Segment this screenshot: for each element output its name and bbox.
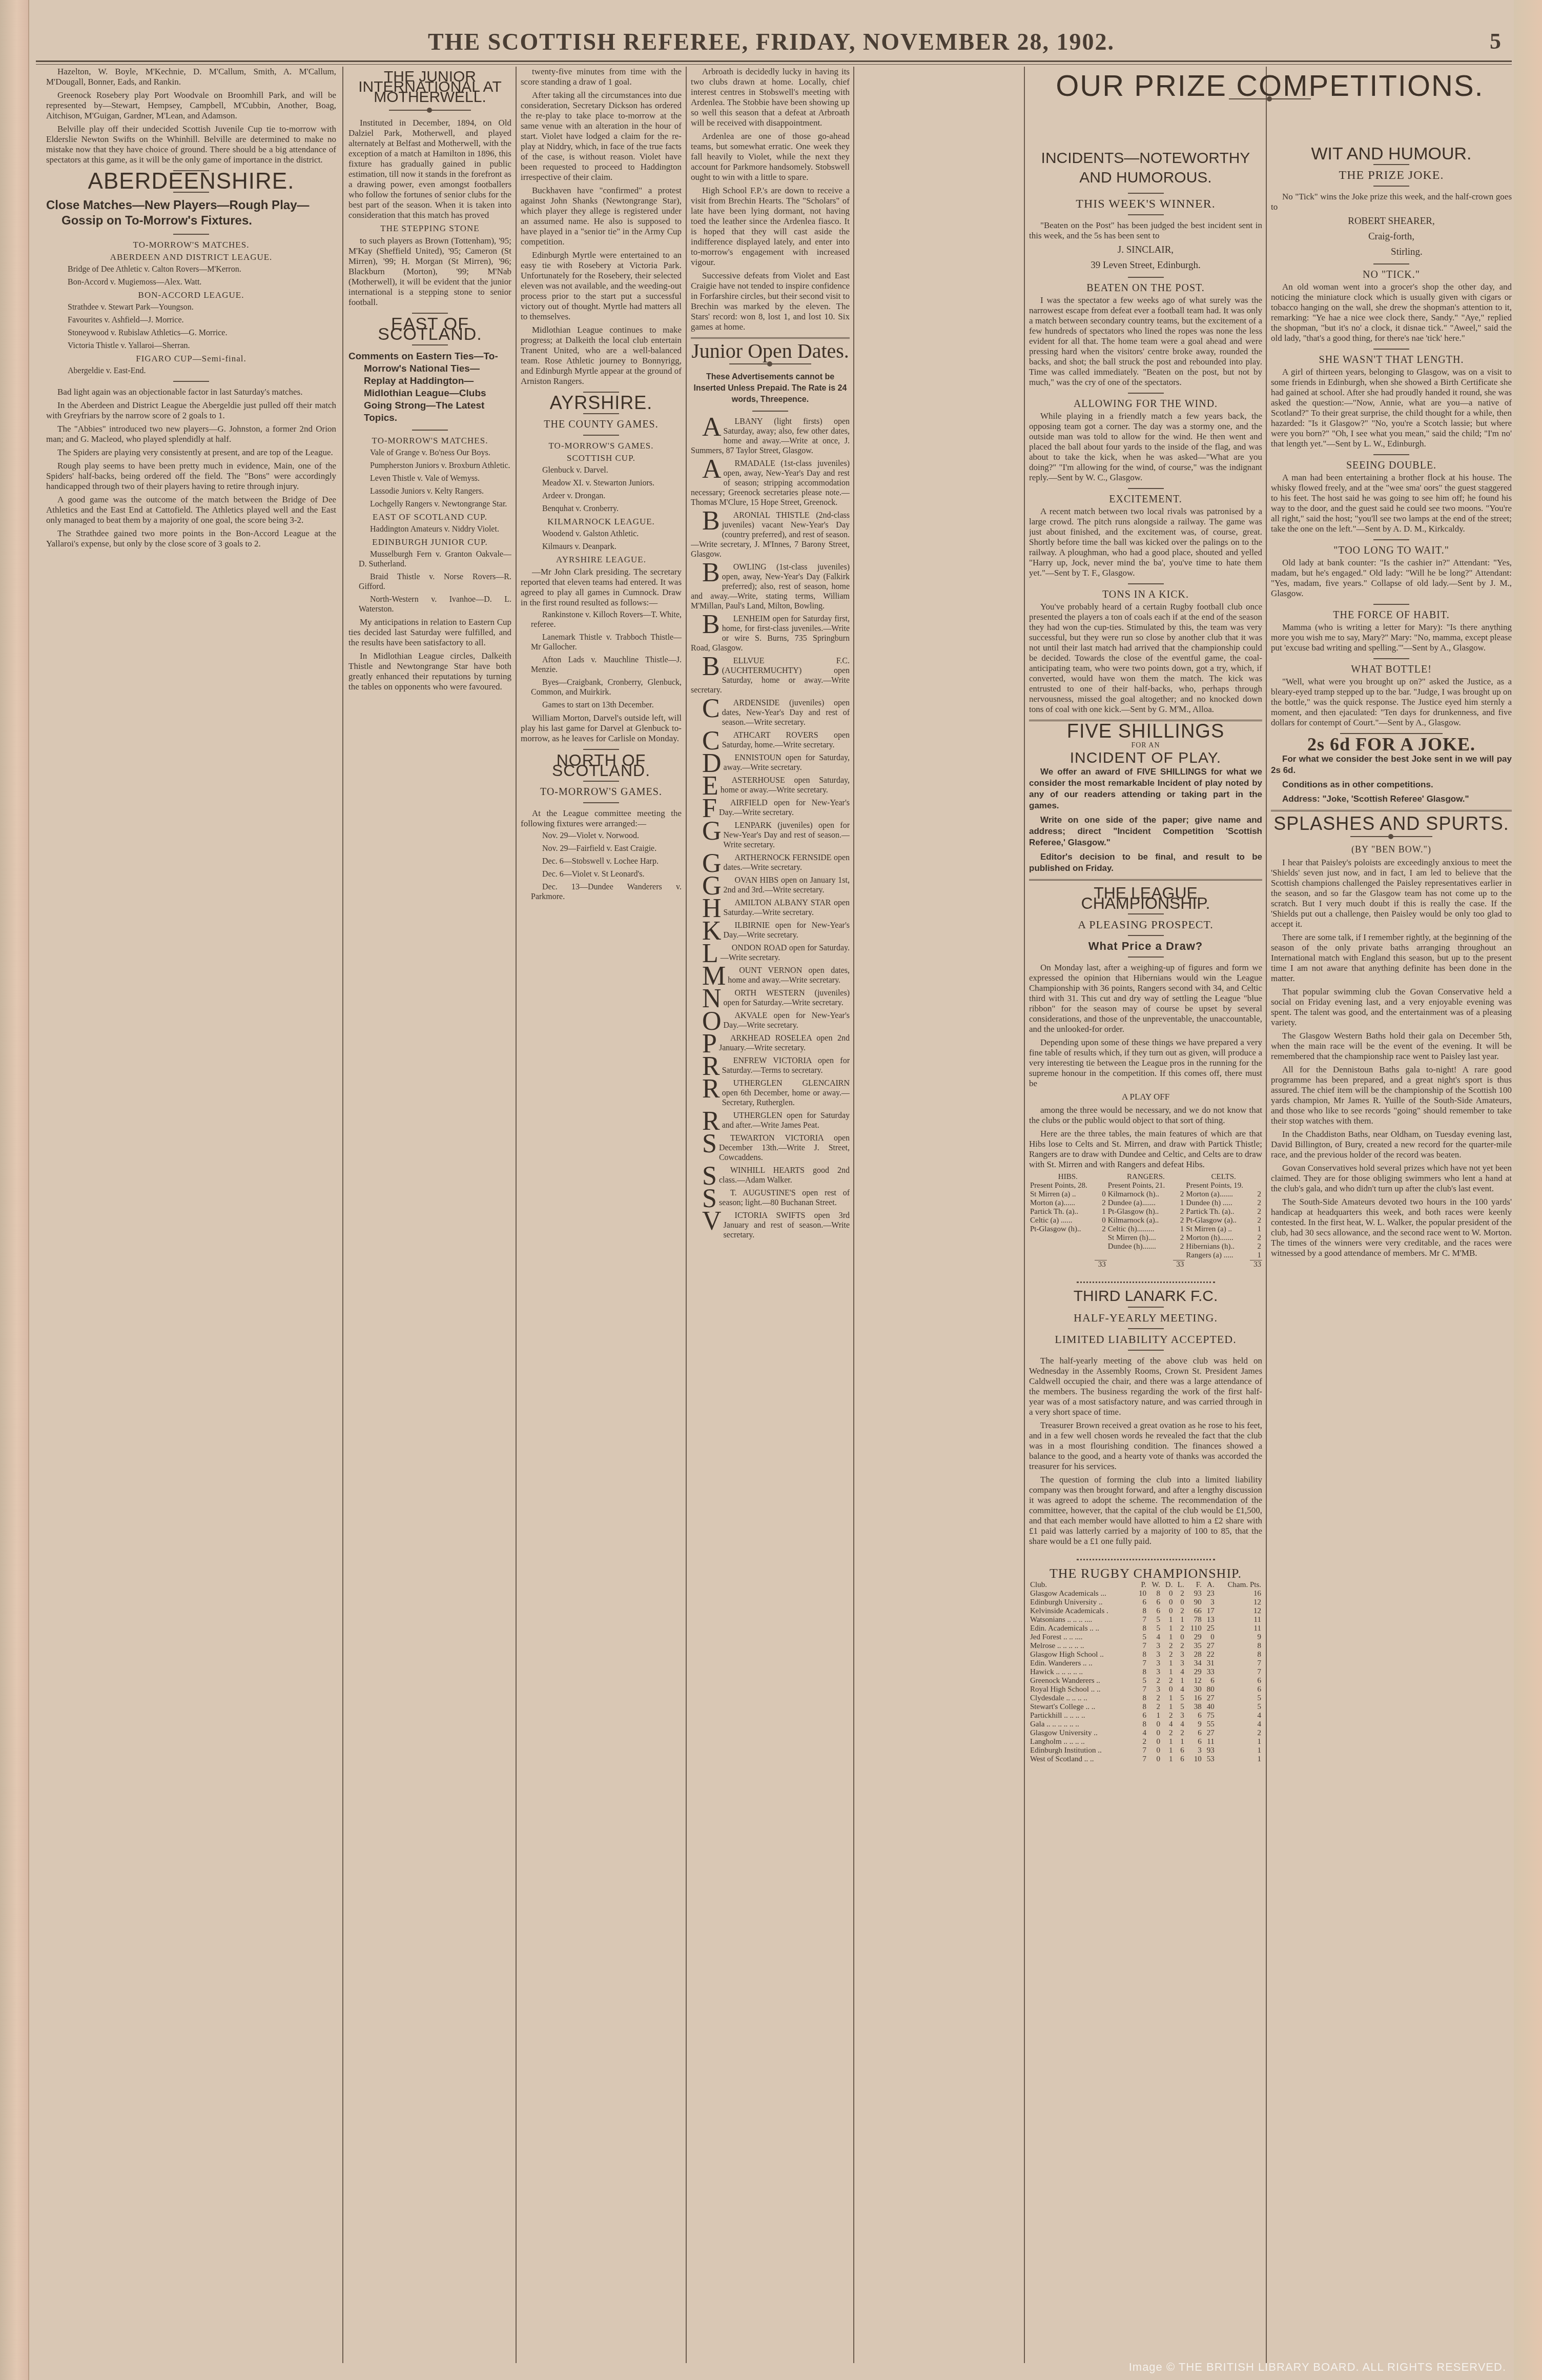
rugby-cell: 1	[1161, 1746, 1174, 1755]
rugby-column-header: W.	[1147, 1581, 1161, 1590]
east-matches-title: TO-MORROW'S MATCHES.	[348, 436, 511, 446]
rugby-cell: 7	[1135, 1659, 1147, 1668]
rugby-cell: 0	[1161, 1685, 1174, 1694]
joke-title: NO "TICK."	[1271, 270, 1512, 280]
fixture-cell	[1029, 1234, 1095, 1243]
separator-dash	[1373, 658, 1409, 659]
pleasing-prospect-subheading: A PLEASING PROSPECT.	[1029, 920, 1262, 930]
fixture-group-title: SCOTTISH CUP.	[521, 453, 682, 463]
ad-text: ENNISTOUN open for Saturday, away.—Write…	[724, 754, 850, 772]
table-row: Kelvinside Academicals .8602661712	[1029, 1607, 1262, 1616]
rugby-column-header: A.	[1203, 1581, 1216, 1590]
points-cell: 2	[1250, 1216, 1262, 1225]
paragraph: Hazelton, W. Boyle, M'Kechnie, D. M'Call…	[46, 67, 336, 87]
fixture-cell: Morton (a).......	[1185, 1190, 1250, 1199]
separator-dash	[412, 313, 448, 314]
masthead-title: THE SCOTTISH REFEREE, FRIDAY, NOVEMBER 2…	[31, 28, 1512, 54]
ayrshire-morton-note: William Morton, Darvel's outside left, w…	[521, 713, 682, 744]
paragraph: The South-Side Amateurs devoted two hour…	[1271, 1197, 1512, 1258]
fixture-line: Meadow XI. v. Stewarton Juniors.	[521, 478, 682, 488]
points-cell: 2	[1173, 1190, 1185, 1199]
separator-dash	[583, 413, 619, 414]
wavy-rule	[1077, 1555, 1215, 1560]
ad-text: UTHERGLEN GLENCAIRN open 6th December, h…	[722, 1079, 850, 1107]
copyright-notice: Image © THE BRITISH LIBRARY BOARD. ALL R…	[1129, 2361, 1506, 2374]
east-paragraphs: My anticipations in relation to Eastern …	[348, 617, 511, 692]
joke-title: WHAT BOTTLE!	[1271, 664, 1512, 675]
rugby-cell: 12	[1185, 1677, 1203, 1685]
separator-dash	[1128, 214, 1164, 215]
what-price-a-draw: What Price a Draw?	[1029, 941, 1262, 951]
table-row: Royal High School .. ..730430806	[1029, 1685, 1262, 1694]
paragraph: Treasurer Brown received a great ovation…	[1029, 1420, 1262, 1472]
ad-text: ENFREW VICTORIA open for Saturday.—Terms…	[722, 1056, 850, 1075]
ornament-rule	[1350, 836, 1432, 837]
rugby-cell: 2	[1135, 1738, 1147, 1746]
fixture-cell: Dundee (a).......	[1107, 1199, 1173, 1208]
points-cell: 2	[1095, 1199, 1107, 1208]
rugby-cell: 5	[1216, 1694, 1262, 1703]
rugby-cell: 3	[1174, 1659, 1185, 1668]
ad-text: ONDON ROAD open for Saturday.—Write secr…	[721, 944, 850, 962]
east-fixture-groups: EAST OF SCOTLAND CUP.Haddington Amateurs…	[348, 512, 511, 614]
rugby-cell: 6	[1216, 1685, 1262, 1694]
fixture-cell: Hibernians (h)..	[1185, 1243, 1250, 1251]
aberdeenshire-paragraphs: Bad light again was an objectionable fac…	[46, 387, 336, 549]
third-lanark-paragraphs: The half-yearly meeting of the above clu…	[1029, 1356, 1262, 1547]
league-championship-section: THE LEAGUE CHAMPIONSHIP. A PLEASING PROS…	[1029, 879, 1262, 1283]
ad-text: OUNT VERNON open dates, home and away.—W…	[728, 966, 850, 985]
open-date-ad: LONDON ROAD open for Saturday.—Write sec…	[691, 943, 850, 963]
paragraph: In Midlothian League circles, Dalkeith T…	[348, 651, 511, 692]
rugby-cell: Melrose .. .. .. .. ..	[1029, 1642, 1135, 1651]
rugby-column-header: F.	[1185, 1581, 1203, 1590]
fixture-line: Abergeldie v. East-End.	[46, 366, 336, 376]
fixture-line: Leven Thistle v. Vale of Wemyss.	[348, 474, 511, 483]
rugby-cell: 6	[1135, 1598, 1147, 1607]
rugby-cell: 6	[1147, 1607, 1161, 1616]
rugby-cell: Glasgow University ..	[1029, 1729, 1135, 1738]
rugby-cell: 66	[1185, 1607, 1203, 1616]
fixture-group-title: KILMARNOCK LEAGUE.	[521, 517, 682, 527]
spacer-cell	[1107, 1260, 1173, 1270]
rugby-cell: 4	[1147, 1633, 1161, 1642]
column-4: Arbroath is decidedly lucky in having it…	[691, 67, 850, 2358]
splashes-paragraphs: I hear that Paisley's poloists are excee…	[1271, 858, 1512, 1258]
fixture-cell: St Mirren (a) ..	[1185, 1225, 1250, 1234]
rugby-cell: 30	[1185, 1685, 1203, 1694]
points-cell	[1095, 1234, 1107, 1243]
paragraph: In the Chaddiston Baths, near Oldham, on…	[1271, 1129, 1512, 1160]
points-cell: 1	[1250, 1225, 1262, 1234]
points-cell: 1	[1095, 1208, 1107, 1216]
ornament-rule	[389, 110, 471, 111]
column-divider	[686, 67, 687, 2363]
table-row: Clydesdale .. .. .. ..821516275	[1029, 1694, 1262, 1703]
half-yearly-meeting-subheading: HALF-YEARLY MEETING.	[1029, 1313, 1262, 1323]
rugby-cell: 4	[1135, 1729, 1147, 1738]
open-date-ad: KILBIRNIE open for New-Year's Day.—Write…	[691, 921, 850, 940]
rugby-cell: 3	[1147, 1668, 1161, 1677]
open-date-ad: GLENPARK (juveniles) open for New-Year's…	[691, 821, 850, 850]
paragraph: The Glasgow Western Baths hold their gal…	[1271, 1031, 1512, 1062]
fixture-cell	[1029, 1251, 1095, 1260]
rugby-cell: 11	[1216, 1624, 1262, 1633]
column-divider	[1266, 67, 1267, 2363]
ornament-rule	[729, 363, 811, 364]
rugby-cell: 55	[1203, 1720, 1216, 1729]
rugby-cell: 2	[1147, 1677, 1161, 1685]
total-cell: 33	[1173, 1260, 1185, 1270]
rugby-cell: 5	[1135, 1677, 1147, 1685]
paragraph: Bad light again was an objectionable fac…	[46, 387, 336, 397]
rugby-cell: 27	[1203, 1694, 1216, 1703]
paragraph: Ardenlea are one of those go-ahead teams…	[691, 131, 850, 182]
north-intro: At the League committee meeting the foll…	[521, 808, 682, 829]
ad-text: ASTERHOUSE open Saturday, home or away.—…	[721, 776, 850, 795]
rugby-cell: 6	[1174, 1746, 1185, 1755]
rugby-cell: 78	[1185, 1616, 1203, 1624]
points-cell: 0	[1095, 1190, 1107, 1199]
open-date-ad: CATHCART ROVERS open Saturday, home.—Wri…	[691, 730, 850, 750]
rugby-cell: 23	[1203, 1590, 1216, 1598]
separator-dash	[1128, 1350, 1164, 1351]
rugby-cell: 6	[1185, 1712, 1203, 1720]
ad-text: T. AUGUSTINE'S open rest of season; ligh…	[719, 1189, 850, 1207]
rugby-column-header: P.	[1135, 1581, 1147, 1590]
rugby-cell: 4	[1174, 1685, 1185, 1694]
paragraph: My anticipations in relation to Eastern …	[348, 617, 511, 648]
junior-international-paragraphs-2: to such players as Brown (Tottenham), '9…	[348, 236, 511, 308]
joke-promo-heading: 2s 6d FOR A JOKE.	[1271, 739, 1512, 749]
table-row: Rangers (a) .....1	[1029, 1251, 1262, 1260]
points-cell: 1	[1173, 1225, 1185, 1234]
open-date-ad: BARONIAL THISTLE (2nd-class juveniles) v…	[691, 511, 850, 559]
totals-row: 333333	[1029, 1260, 1262, 1270]
paragraph: The Spiders are playing very consistentl…	[46, 447, 336, 458]
rugby-cell: 38	[1185, 1703, 1203, 1712]
drop-cap: A	[691, 459, 722, 480]
rugby-cell: 0	[1147, 1738, 1161, 1746]
rugby-cell: 2	[1174, 1607, 1185, 1616]
rugby-cell: 1	[1161, 1694, 1174, 1703]
rugby-cell: 9	[1185, 1720, 1203, 1729]
separator-dash	[412, 344, 448, 345]
paragraph: All for the Dennistoun Baths gala to-nig…	[1271, 1065, 1512, 1126]
open-date-ad: RUTHERGLEN GLENCAIRN open 6th December, …	[691, 1079, 850, 1108]
separator-dash	[1128, 277, 1164, 278]
open-date-ad: HAMILTON ALBANY STAR open Saturday.—Writ…	[691, 898, 850, 918]
fixture-line: Byes—Craigbank, Cronberry, Glenbuck, Com…	[521, 678, 682, 697]
separator-dash	[1128, 488, 1164, 489]
rugby-cell: Edin. Academicals .. ..	[1029, 1624, 1135, 1633]
league-championship-heading: THE LEAGUE CHAMPIONSHIP.	[1029, 888, 1262, 908]
points-cell: 1	[1250, 1251, 1262, 1260]
rugby-cell: 2	[1174, 1642, 1185, 1651]
ad-text: ARTHERNOCK FERNSIDE open dates.—Write se…	[724, 853, 850, 872]
fixture-line: Braid Thistle v. Norse Rovers—R. Gifford…	[348, 572, 511, 592]
open-date-ad: ST. AUGUSTINE'S open rest of season; lig…	[691, 1188, 850, 1208]
separator-dash	[1128, 193, 1164, 194]
fixture-line: Strathdee v. Stewart Park—Youngson.	[46, 302, 336, 312]
rugby-cell: 8	[1216, 1651, 1262, 1659]
rugby-cell: 25	[1203, 1624, 1216, 1633]
separator-dash	[1373, 349, 1409, 350]
present-points: Present Points, 28.	[1029, 1182, 1107, 1190]
separator-dash	[1128, 913, 1164, 914]
rugby-cell: 0	[1161, 1590, 1174, 1598]
splashes-section: SPLASHES AND SPURTS. (BY "BEN BOW.") I h…	[1271, 810, 1512, 1258]
paragraph: A good game was the outcome of the match…	[46, 495, 336, 525]
open-date-ad: GARTHERNOCK FERNSIDE open dates.—Write s…	[691, 853, 850, 872]
rugby-cell: 1	[1174, 1677, 1185, 1685]
joke-text: An old woman went into a grocer's shop t…	[1271, 282, 1512, 343]
rugby-cell: 6	[1203, 1677, 1216, 1685]
rugby-cell: 2	[1161, 1712, 1174, 1720]
rugby-cell: Hawick .. .. .. .. ..	[1029, 1668, 1135, 1677]
joke-title: THE FORCE OF HABIT.	[1271, 610, 1512, 620]
rugby-cell: Edin. Wanderers .. ..	[1029, 1659, 1135, 1668]
col3-paragraphs: twenty-five minutes from time with the s…	[521, 67, 682, 322]
paragraph: Conditions as in other competitions.	[1271, 779, 1512, 790]
east-of-scotland-deck: Comments on Eastern Ties—To-Morrow's Nat…	[348, 351, 511, 424]
rugby-cell: Glasgow Academicals ...	[1029, 1590, 1135, 1598]
open-date-ad: BELLVUE F.C. (AUCHTERMUCHTY) open Saturd…	[691, 656, 850, 695]
rugby-cell: 13	[1203, 1616, 1216, 1624]
rugby-cell: 10	[1185, 1755, 1203, 1764]
fixture-line: Lanemark Thistle v. Trabboch Thistle—Mr …	[521, 633, 682, 652]
joke-winner-name: ROBERT SHEARER,	[1271, 215, 1512, 228]
rugby-cell: 0	[1147, 1755, 1161, 1764]
north-fixtures: Nov. 29—Violet v. Norwood.Nov. 29—Fairfi…	[521, 831, 682, 902]
drop-cap: R	[691, 1079, 720, 1100]
open-date-ad: STEWARTON VICTORIA open December 13th.—W…	[691, 1133, 850, 1163]
paragraph: For what we consider the best Joke sent …	[1271, 754, 1512, 776]
rugby-cell: 80	[1203, 1685, 1216, 1694]
story-text: I was the spectator a few weeks ago of w…	[1029, 295, 1262, 388]
points-cell	[1173, 1251, 1185, 1260]
fixture-cell	[1107, 1251, 1173, 1260]
rugby-cell: 3	[1147, 1642, 1161, 1651]
drop-cap: G	[691, 821, 722, 842]
col1-paragraphs: Hazelton, W. Boyle, M'Kechnie, D. M'Call…	[46, 67, 336, 165]
total-cell: 33	[1095, 1260, 1107, 1270]
separator-dash	[1373, 539, 1409, 540]
open-date-ad: RUTHERGLEN open for Saturday and after.—…	[691, 1111, 850, 1130]
rugby-cell: 1	[1174, 1738, 1185, 1746]
column-divider	[1024, 67, 1025, 2363]
five-shillings-section: FIVE SHILLINGS FOR AN INCIDENT OF PLAY. …	[1029, 720, 1262, 874]
ad-text: ORTH WESTERN (juveniles) open for Saturd…	[724, 989, 850, 1007]
story-title: EXCITEMENT.	[1029, 494, 1262, 504]
rugby-cell: 5	[1147, 1624, 1161, 1633]
rugby-cell: 8	[1135, 1607, 1147, 1616]
rugby-cell: 7	[1216, 1659, 1262, 1668]
spacer-cell	[1029, 1260, 1095, 1270]
open-date-ad: FAIRFIELD open for New-Year's Day.—Write…	[691, 798, 850, 818]
table-row: Langholm .. .. .. ..20116111	[1029, 1738, 1262, 1746]
fixture-cell: Pt-Glasgow (a)..	[1185, 1216, 1250, 1225]
rugby-cell: 4	[1174, 1720, 1185, 1729]
fixture-line: Bon-Accord v. Mugiemoss—Alex. Watt.	[46, 277, 336, 287]
table-row: Gala .. .. .. .. .. ..80449554	[1029, 1720, 1262, 1729]
points-cell	[1095, 1243, 1107, 1251]
ad-text: AKVALE open for New-Year's Day.—Write se…	[724, 1011, 850, 1030]
paragraph: I hear that Paisley's poloists are excee…	[1271, 858, 1512, 929]
rugby-cell: 0	[1203, 1633, 1216, 1642]
rugby-cell: 0	[1174, 1633, 1185, 1642]
separator-dash	[583, 781, 619, 782]
ad-text: ARKHEAD ROSELEA open 2nd January.—Write …	[719, 1034, 850, 1052]
fixture-line: Rankinstone v. Killoch Rovers—T. White, …	[521, 610, 682, 629]
story-text: You've probably heard of a certain Rugby…	[1029, 602, 1262, 715]
rugby-cell: 1	[1161, 1668, 1174, 1677]
table-row: Edinburgh University ..660090312	[1029, 1598, 1262, 1607]
open-date-ad: EASTERHOUSE open Saturday, home or away.…	[691, 776, 850, 795]
drop-cap: S	[691, 1133, 717, 1155]
rugby-cell: 4	[1161, 1720, 1174, 1729]
league-projection-table: HIBS.RANGERS.CELTS.Present Points, 28.Pr…	[1029, 1173, 1262, 1269]
column-6: WIT AND HUMOUR. THE PRIZE JOKE. No "Tick…	[1271, 144, 1512, 2358]
separator-dash	[1128, 393, 1164, 394]
rugby-cell: Clydesdale .. .. .. ..	[1029, 1694, 1135, 1703]
rugby-cell: 0	[1161, 1598, 1174, 1607]
aberdeenshire-heading: ABERDEENSHIRE.	[46, 176, 336, 187]
separator-dash	[583, 435, 619, 436]
rugby-column-header: Cham. Pts.	[1216, 1581, 1262, 1590]
rugby-cell: 33	[1203, 1668, 1216, 1677]
ad-text: AIRFIELD open for New-Year's Day.—Write …	[719, 799, 850, 817]
open-dates-notice: These Advertisements cannot be Inserted …	[691, 372, 850, 405]
fixture-group-title: AYRSHIRE LEAGUE.	[521, 555, 682, 565]
rugby-cell: 7	[1135, 1616, 1147, 1624]
paragraph: The half-yearly meeting of the above clu…	[1029, 1356, 1262, 1417]
fixture-cell	[1029, 1243, 1095, 1251]
rugby-cell: 2	[1147, 1703, 1161, 1712]
open-date-ad: PARKHEAD ROSELEA open 2nd January.—Write…	[691, 1033, 850, 1053]
fixture-cell: Celtic (h).........	[1107, 1225, 1173, 1234]
masthead-rule	[36, 60, 1512, 65]
rugby-cell: 0	[1147, 1720, 1161, 1729]
fixture-line: Haddington Amateurs v. Niddry Violet.	[348, 524, 511, 534]
paragraph: Here are the three tables, the main feat…	[1029, 1129, 1262, 1170]
fixture-line: Kilmaurs v. Deanpark.	[521, 542, 682, 552]
story-title: TONS IN A KICK.	[1029, 589, 1262, 600]
joke-winner-line2: Craig-forth,	[1271, 231, 1512, 243]
rugby-cell: 90	[1185, 1598, 1203, 1607]
ad-text: WINHILL HEARTS good 2nd class.—Adam Walk…	[719, 1166, 850, 1185]
rugby-cell: Partickhill .. .. .. ..	[1029, 1712, 1135, 1720]
ayrshire-cumnock-fixtures: Rankinstone v. Killoch Rovers—T. White, …	[521, 610, 682, 710]
wit-and-humour-heading: WIT AND HUMOUR.	[1271, 149, 1512, 159]
rugby-cell: 0	[1147, 1729, 1161, 1738]
jokes: NO "TICK."An old woman went into a groce…	[1271, 263, 1512, 728]
paragraph: Midlothian League continues to make prog…	[521, 325, 682, 387]
paragraph: Govan Conservatives hold several prizes …	[1271, 1163, 1512, 1194]
ad-text: UTHERGLEN open for Saturday and after.—W…	[722, 1111, 850, 1130]
table-row: Partickhill .. .. .. ..61236754	[1029, 1712, 1262, 1720]
open-date-ad: MOUNT VERNON open dates, home and away.—…	[691, 966, 850, 985]
paragraph: After taking all the circumstances into …	[521, 90, 682, 182]
rugby-cell: 93	[1203, 1746, 1216, 1755]
fixture-line: Dec. 13—Dundee Wanderers v. Parkmore.	[521, 882, 682, 902]
aberdeenshire-matches-title: TO-MORROW'S MATCHES.	[46, 240, 336, 250]
fixture-line: Afton Lads v. Mauchline Thistle—J. Menzi…	[521, 655, 682, 675]
rugby-cell: 1	[1174, 1616, 1185, 1624]
ayrshire-heading: AYRSHIRE.	[521, 398, 682, 408]
separator-dash	[1373, 263, 1409, 265]
paragraph: Instituted in December, 1894, on Old Dal…	[348, 118, 511, 220]
rugby-cell: 8	[1135, 1703, 1147, 1712]
rugby-cell: Edinburgh University ..	[1029, 1598, 1135, 1607]
inline-subhead: A PLAY OFF	[1029, 1092, 1262, 1102]
prize-joke-subheading: THE PRIZE JOKE.	[1271, 170, 1512, 180]
fixture-line: Woodend v. Galston Athletic.	[521, 529, 682, 539]
junior-international-paragraphs: Instituted in December, 1894, on Old Dal…	[348, 118, 511, 220]
points-cell: 2	[1250, 1199, 1262, 1208]
table-row: Watsonians .. .. .. ....7511781311	[1029, 1616, 1262, 1624]
joke-title: "TOO LONG TO WAIT."	[1271, 545, 1512, 556]
table-row: Edinburgh Institution ..70163931	[1029, 1746, 1262, 1755]
north-of-scotland-heading: NORTH OF SCOTLAND.	[521, 755, 682, 776]
column-5: INCIDENTS—NOTEWORTHY AND HUMOROUS. THIS …	[1029, 144, 1262, 2358]
paragraph: High School F.P.'s are down to receive a…	[691, 186, 850, 268]
five-shillings-heading: FIVE SHILLINGS	[1029, 726, 1262, 737]
ayrshire-games-title: TO-MORROW'S GAMES.	[521, 441, 682, 451]
limited-liability-deck: LIMITED LIABILITY ACCEPTED.	[1029, 1334, 1262, 1345]
column-1: Hazelton, W. Boyle, M'Kechnie, D. M'Call…	[46, 67, 336, 2358]
prize-competitions-heading: OUR PRIZE COMPETITIONS.	[1029, 81, 1511, 91]
rugby-championship-heading: THE RUGBY CHAMPIONSHIP.	[1029, 1569, 1262, 1579]
table-row: West of Scotland .. ..701610531	[1029, 1755, 1262, 1764]
fixture-cell: Pt-Glasgow (h)..	[1107, 1208, 1173, 1216]
fixture-line: Nov. 29—Fairfield v. East Craigie.	[521, 844, 682, 853]
column-divider	[516, 67, 517, 2363]
incidents-intro: "Beaten on the Post" has been judged the…	[1029, 220, 1262, 241]
rugby-cell: 4	[1216, 1720, 1262, 1729]
open-date-ad: VICTORIA SWIFTS open 3rd January and res…	[691, 1211, 850, 1240]
fixture-line: North-Western v. Ivanhoe—D. L. Waterston…	[348, 595, 511, 614]
column-2: THE JUNIOR INTERNATIONAL AT MOTHERWELL. …	[348, 67, 511, 2358]
points-cell: 2	[1173, 1208, 1185, 1216]
paragraph: Rough play seems to have been pretty muc…	[46, 461, 336, 492]
separator-dash	[173, 234, 209, 235]
table-row: St Mirren (h)....2Morton (h).......2	[1029, 1234, 1262, 1243]
table-row: Partick Th. (a)..1Pt-Glasgow (h)..2Parti…	[1029, 1208, 1262, 1216]
rugby-cell: 6	[1216, 1677, 1262, 1685]
ad-text: OVAN HIBS open on January 1st, 2nd and 3…	[724, 876, 850, 894]
rugby-cell: 6	[1185, 1729, 1203, 1738]
rugby-cell: West of Scotland .. ..	[1029, 1755, 1135, 1764]
drop-cap: A	[691, 417, 722, 438]
joke-text: A man had been entertaining a brother fl…	[1271, 473, 1512, 534]
rugby-cell: 3	[1147, 1659, 1161, 1668]
rugby-cell: 2	[1161, 1651, 1174, 1659]
rugby-cell: 2	[1161, 1642, 1174, 1651]
rugby-cell: Stewart's College .. ..	[1029, 1703, 1135, 1712]
open-date-ad: ARMADALE (1st-class juveniles) open, awa…	[691, 459, 850, 507]
drop-cap: C	[691, 698, 720, 720]
rugby-cell: 5	[1174, 1703, 1185, 1712]
rugby-cell: 17	[1203, 1607, 1216, 1616]
incident-stories: BEATEN ON THE POST.I was the spectator a…	[1029, 277, 1262, 715]
paragraph: The "Abbies" introduced two new players—…	[46, 424, 336, 444]
rugby-cell: 110	[1185, 1624, 1203, 1633]
splashes-byline: (BY "BEN BOW.")	[1271, 844, 1512, 855]
separator-dash	[1128, 1307, 1164, 1308]
rugby-cell: 31	[1203, 1659, 1216, 1668]
fixture-line: Favourites v. Ashfield—J. Morrice.	[46, 315, 336, 325]
